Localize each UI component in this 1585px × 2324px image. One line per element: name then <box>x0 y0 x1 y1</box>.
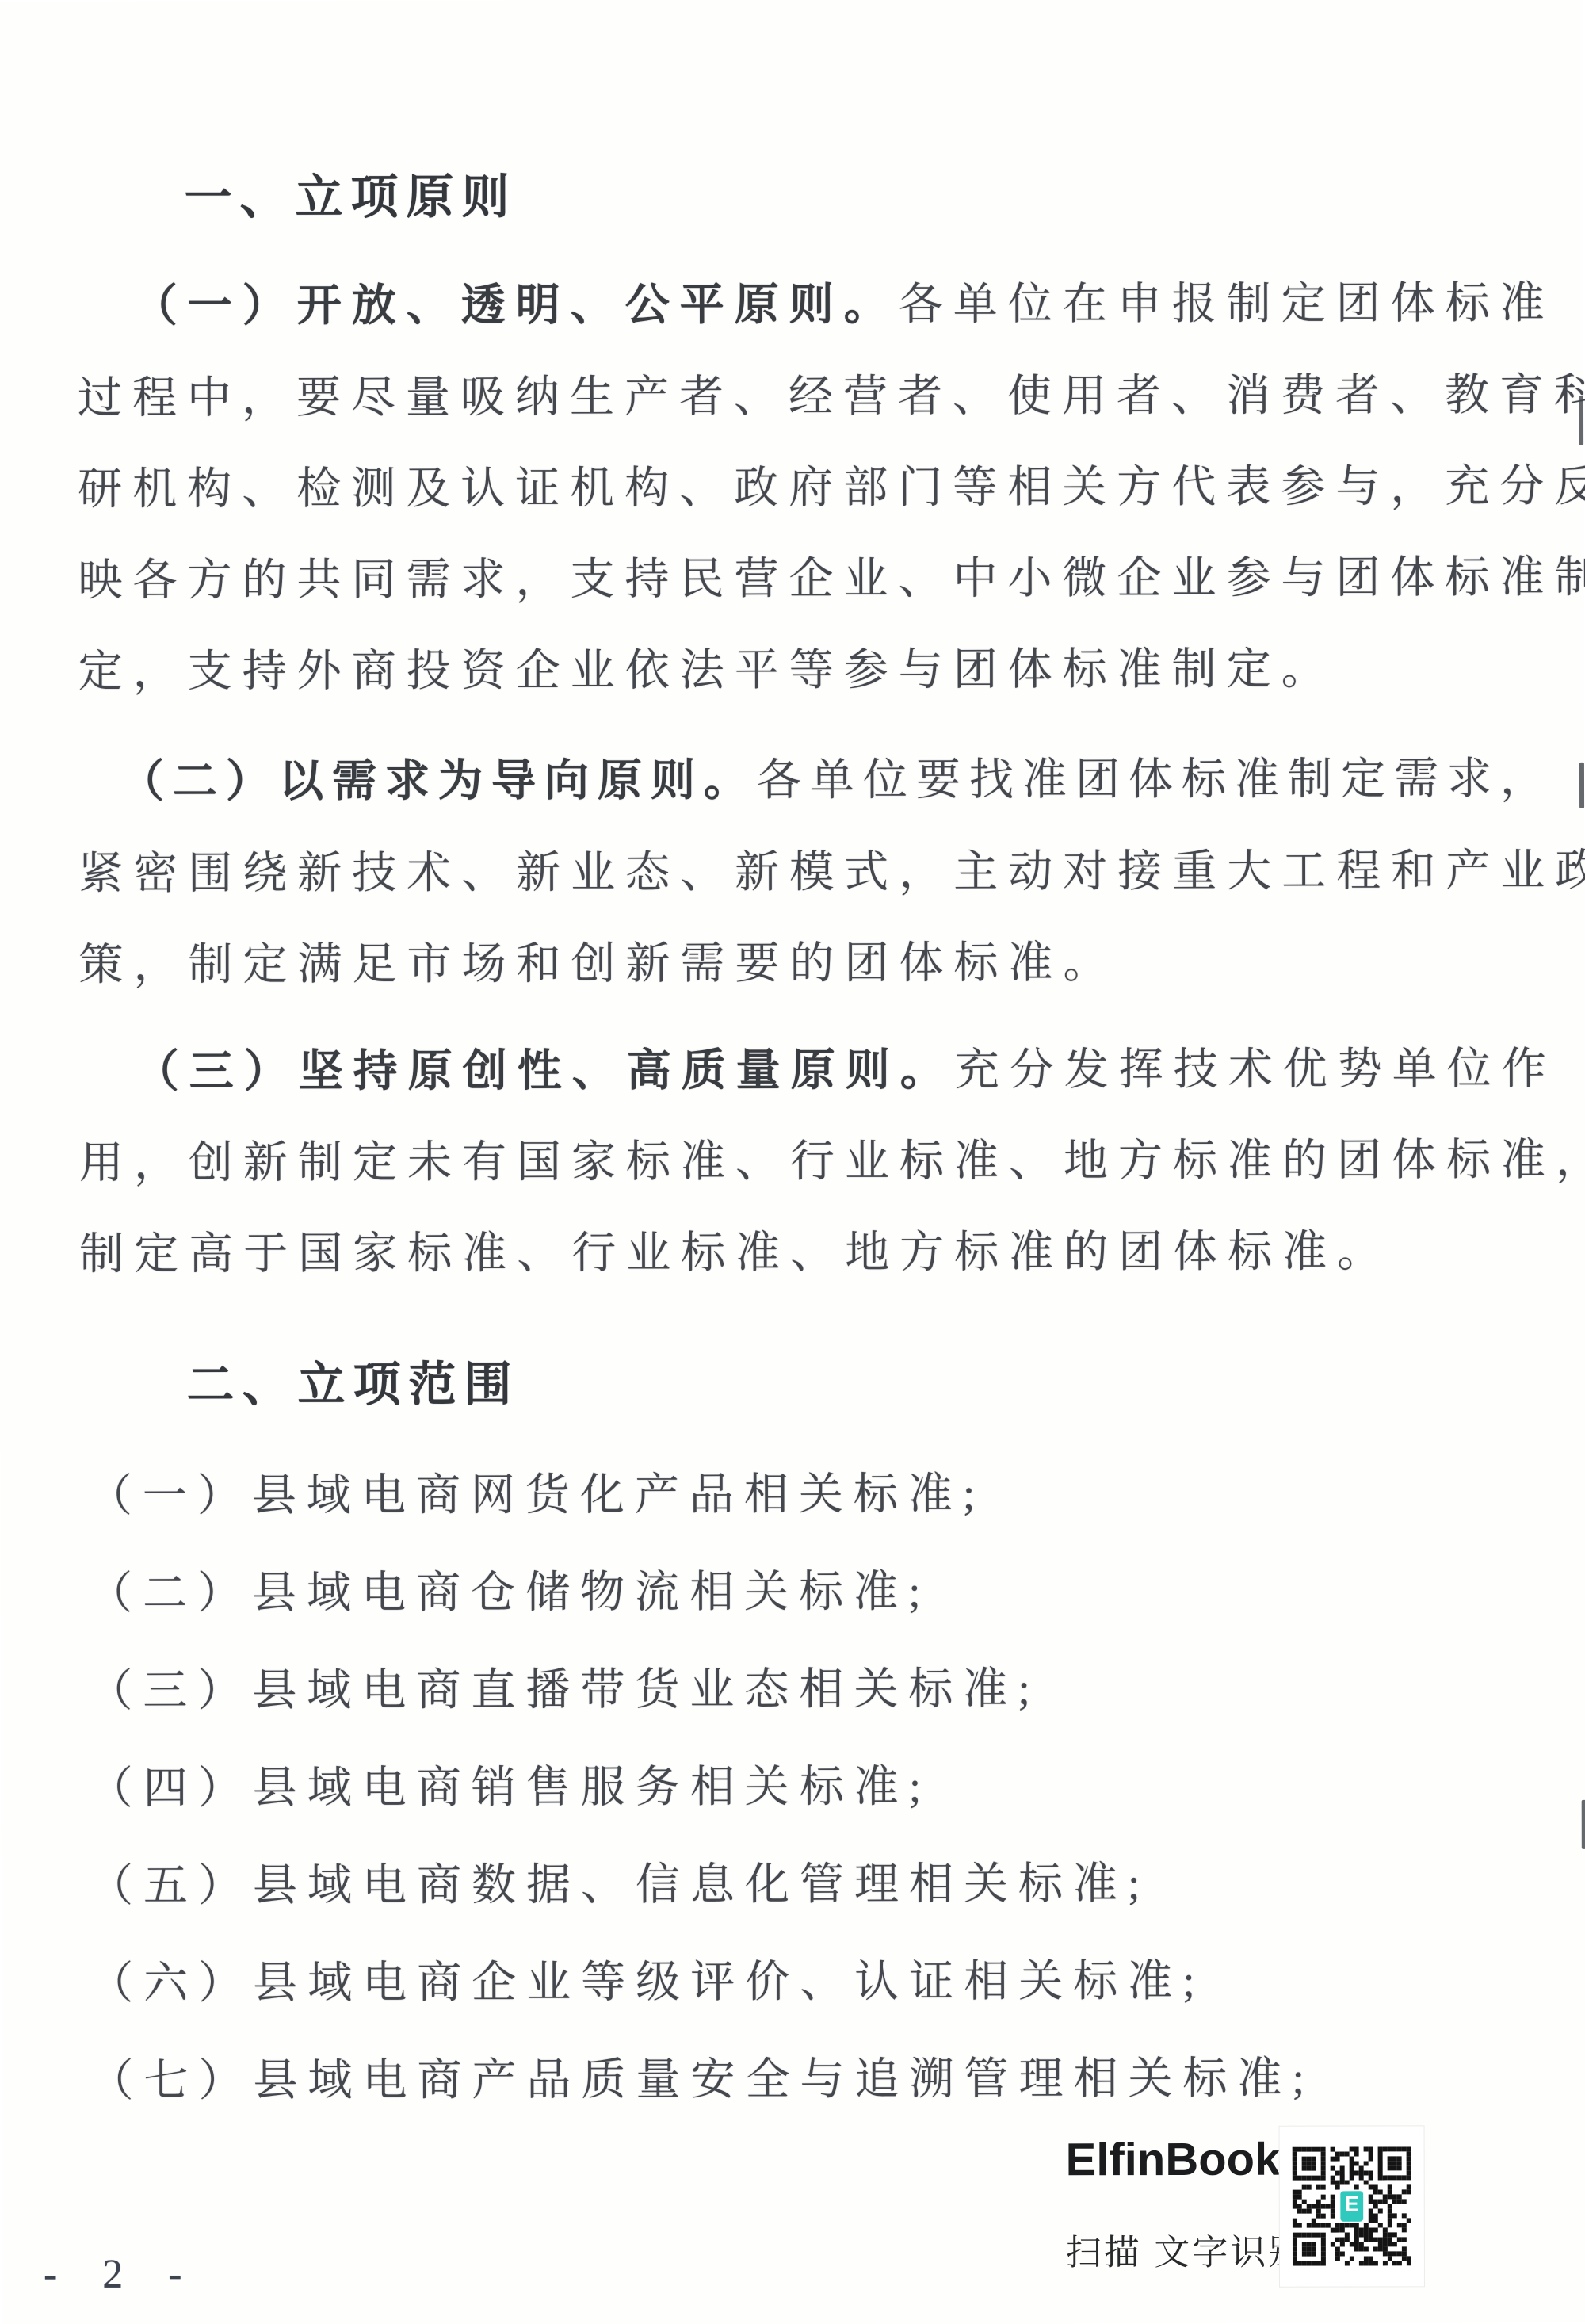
para1-line4: 映各方的共同需求，支持民营企业、中小微企业参与团体标准制 <box>78 552 1585 607</box>
section1-heading: 一、立项原则 <box>184 159 517 228</box>
para2-lead: （二）以需求为导向原则。 <box>120 756 757 807</box>
svg-text:E: E <box>1345 2192 1359 2216</box>
scope-item-7: （七）县域电商产品质量安全与追溯管理相关标准; <box>89 2053 1315 2108</box>
scope-item-1: （一）县域电商网货化产品相关标准; <box>88 1468 986 1522</box>
para3-lead: （三）坚持原创性、高质量原则。 <box>135 1046 955 1097</box>
para3-line3: 制定高于国家标准、行业标准、地方标准的团体标准。 <box>79 1225 1392 1280</box>
para3-first-rest: 充分发挥技术优势单位作 <box>955 1045 1556 1095</box>
scope-item-3: （三）县域电商直播带货业态相关标准; <box>88 1663 1041 1718</box>
section2-heading: 二、立项范围 <box>186 1347 519 1416</box>
scope-item-5: （五）县域电商数据、信息化管理相关标准; <box>89 1858 1151 1913</box>
scope-item-2: （二）县域电商仓储物流相关标准; <box>88 1566 931 1620</box>
para2-line1: （二）以需求为导向原则。各单位要找准团体标准制定需求， <box>120 753 1553 808</box>
para1-first-rest: 各单位在申报制定团体标准 <box>899 279 1555 330</box>
scan-artifact <box>1579 763 1584 808</box>
scope-item-4: （四）县域电商销售服务相关标准; <box>89 1761 932 1815</box>
para2-line2: 紧密围绕新技术、新业态、新模式，主动对接重大工程和产业政 <box>78 845 1585 900</box>
para1-line2: 过程中，要尽量吸纳生产者、经营者、使用者、消费者、教育科 <box>78 369 1585 425</box>
para2-line3: 策，制定满足市场和创新需要的团体标准。 <box>78 937 1117 992</box>
para1-line5: 定，支持外商投资企业依法平等参与团体标准制定。 <box>78 644 1336 698</box>
para2-first-rest: 各单位要找准团体标准制定需求， <box>757 755 1553 805</box>
para1-line3: 研机构、检测及认证机构、政府部门等相关方代表参与，充分反 <box>78 461 1585 516</box>
para1-line1: （一）开放、透明、公平原则。各单位在申报制定团体标准 <box>133 277 1555 333</box>
para3-line2: 用，创新制定未有国家标准、行业标准、地方标准的团体标准， <box>79 1134 1585 1190</box>
scanned-document-page: 一、立项原则 （一）开放、透明、公平原则。各单位在申报制定团体标准 过程中，要尽… <box>0 0 1585 2324</box>
scan-artifact <box>1579 396 1583 445</box>
page-number: - 2 - <box>44 2251 200 2298</box>
elfinbook-logo-text: ElfinBook <box>1066 2133 1281 2187</box>
scan-artifact <box>1582 1800 1585 1849</box>
scope-item-6: （六）县域电商企业等级评价、认证相关标准; <box>89 1955 1205 2010</box>
qr-code-image: E <box>1293 2146 1411 2265</box>
para3-line1: （三）坚持原创性、高质量原则。充分发挥技术优势单位作 <box>135 1043 1556 1099</box>
qr-code: E <box>1280 2126 1424 2286</box>
para1-lead: （一）开放、透明、公平原则。 <box>133 281 899 331</box>
